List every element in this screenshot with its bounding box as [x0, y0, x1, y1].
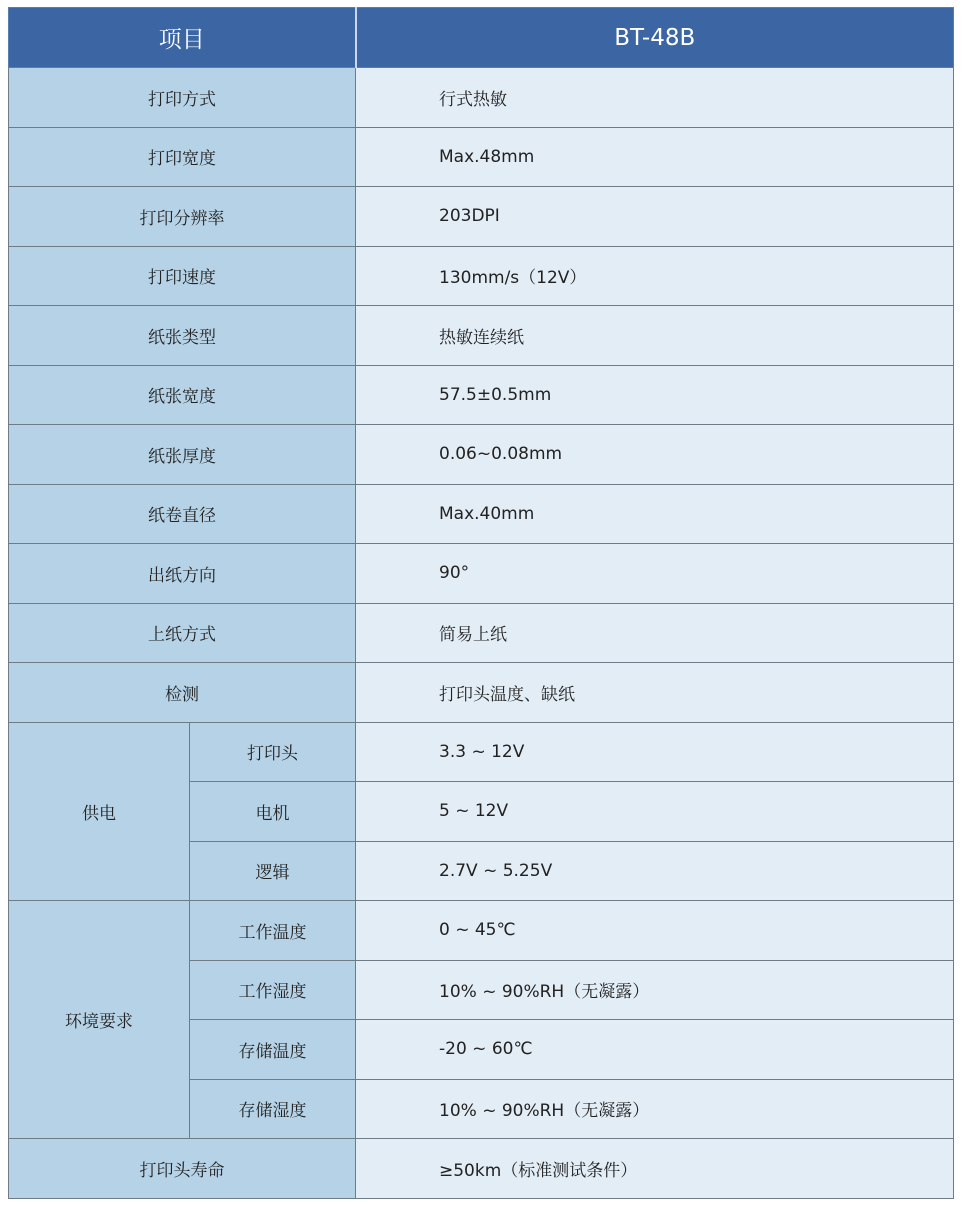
table-row: 打印头寿命 ≥50km（标准测试条件）	[9, 1139, 954, 1199]
table-header-row: 项目 BT-48B	[9, 8, 954, 68]
row-value: -20 ~ 60℃	[356, 1020, 954, 1080]
row-label: 纸卷直径	[9, 484, 356, 544]
row-label: 出纸方向	[9, 544, 356, 604]
row-value: 热敏连续纸	[356, 306, 954, 366]
row-value: 10% ~ 90%RH（无凝露）	[356, 960, 954, 1020]
row-value: 0 ~ 45℃	[356, 901, 954, 961]
row-label: 纸张宽度	[9, 365, 356, 425]
header-item: 项目	[9, 8, 356, 68]
table-row: 打印分辨率 203DPI	[9, 187, 954, 247]
group-label-environment: 环境要求	[9, 901, 190, 1139]
table-row: 供电 打印头 3.3 ~ 12V	[9, 722, 954, 782]
row-label: 纸张类型	[9, 306, 356, 366]
row-label: 纸张厚度	[9, 425, 356, 485]
row-value: Max.48mm	[356, 127, 954, 187]
row-label: 打印分辨率	[9, 187, 356, 247]
row-value: 203DPI	[356, 187, 954, 247]
sub-label: 电机	[190, 782, 356, 842]
row-value: 90°	[356, 544, 954, 604]
table-row: 打印宽度 Max.48mm	[9, 127, 954, 187]
sub-label: 存储温度	[190, 1020, 356, 1080]
table-row: 出纸方向 90°	[9, 544, 954, 604]
table-row: 打印速度 130mm/s（12V）	[9, 246, 954, 306]
sub-label: 打印头	[190, 722, 356, 782]
row-value: Max.40mm	[356, 484, 954, 544]
table-row: 纸张厚度 0.06~0.08mm	[9, 425, 954, 485]
row-label: 打印宽度	[9, 127, 356, 187]
table-row: 上纸方式 简易上纸	[9, 603, 954, 663]
row-value: 130mm/s（12V）	[356, 246, 954, 306]
row-value: 5 ~ 12V	[356, 782, 954, 842]
row-value: 简易上纸	[356, 603, 954, 663]
table-row: 纸张宽度 57.5±0.5mm	[9, 365, 954, 425]
sub-label: 逻辑	[190, 841, 356, 901]
row-value: 57.5±0.5mm	[356, 365, 954, 425]
row-value: 打印头温度、缺纸	[356, 663, 954, 723]
row-value: 2.7V ~ 5.25V	[356, 841, 954, 901]
table-row: 检测 打印头温度、缺纸	[9, 663, 954, 723]
table-row: 打印方式 行式热敏	[9, 68, 954, 128]
row-value: 3.3 ~ 12V	[356, 722, 954, 782]
sub-label: 工作湿度	[190, 960, 356, 1020]
table-row: 纸张类型 热敏连续纸	[9, 306, 954, 366]
row-value: 10% ~ 90%RH（无凝露）	[356, 1079, 954, 1139]
row-label: 打印速度	[9, 246, 356, 306]
header-model: BT-48B	[356, 8, 954, 68]
spec-table: 项目 BT-48B 打印方式 行式热敏 打印宽度 Max.48mm 打印分辨率 …	[8, 7, 954, 1199]
row-label: 检测	[9, 663, 356, 723]
row-label: 上纸方式	[9, 603, 356, 663]
row-value: ≥50km（标准测试条件）	[356, 1139, 954, 1199]
row-value: 行式热敏	[356, 68, 954, 128]
row-label: 打印方式	[9, 68, 356, 128]
row-label: 打印头寿命	[9, 1139, 356, 1199]
sub-label: 工作温度	[190, 901, 356, 961]
table-row: 纸卷直径 Max.40mm	[9, 484, 954, 544]
table-row: 环境要求 工作温度 0 ~ 45℃	[9, 901, 954, 961]
group-label-power: 供电	[9, 722, 190, 901]
sub-label: 存储湿度	[190, 1079, 356, 1139]
row-value: 0.06~0.08mm	[356, 425, 954, 485]
